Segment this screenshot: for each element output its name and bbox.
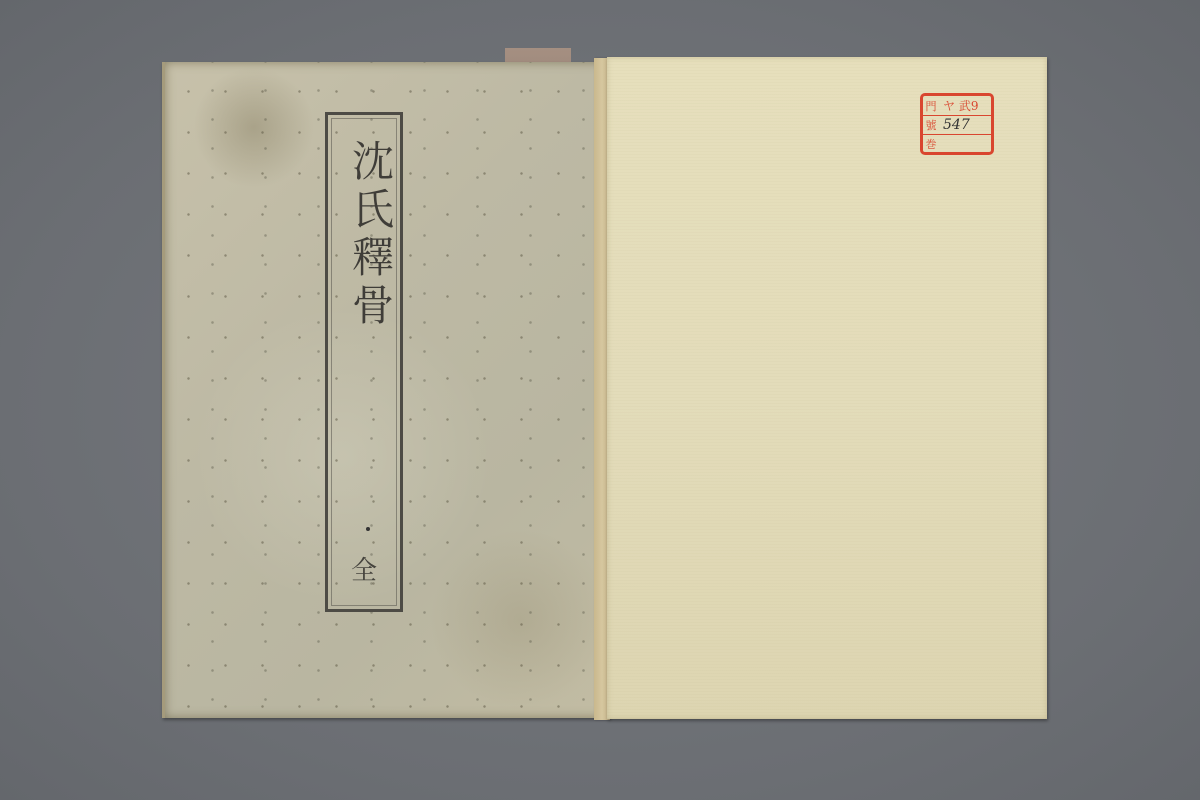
stamp-row: 號 547 xyxy=(923,115,991,135)
stamp-value: ヤ 武9 xyxy=(939,97,991,114)
library-stamp: 門 ヤ 武9 號 547 巻 xyxy=(920,93,994,155)
stamp-label: 號 xyxy=(923,117,939,133)
endpaper-page: 門 ヤ 武9 號 547 巻 xyxy=(607,57,1047,719)
stamp-label: 門 xyxy=(923,98,939,114)
stamp-label: 巻 xyxy=(923,136,939,152)
ink-dot xyxy=(366,527,370,531)
book-cover: 沈氏釋骨 全 xyxy=(162,62,609,718)
title-slip: 沈氏釋骨 全 xyxy=(325,112,403,612)
stamp-row: 門 ヤ 武9 xyxy=(923,96,991,116)
stamp-row: 巻 xyxy=(923,134,991,153)
volume-mark: 全 xyxy=(328,550,400,587)
book-title: 沈氏釋骨 xyxy=(328,139,400,339)
stamp-value: 547 xyxy=(939,117,991,133)
